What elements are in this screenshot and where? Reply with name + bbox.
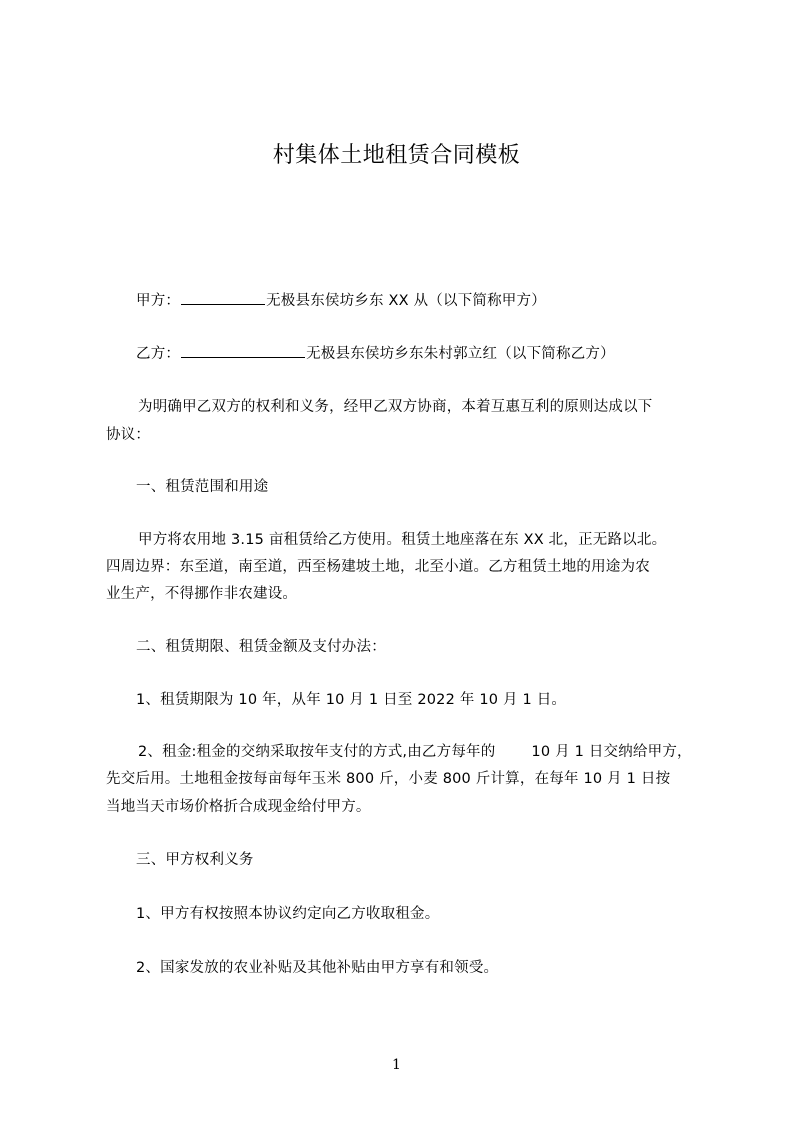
- section-2-heading: 二、租赁期限、租赁金额及支付办法：: [136, 637, 386, 657]
- section-1-heading: 一、租赁范围和用途: [136, 477, 268, 497]
- party-a-line: 甲方：无极县东侯坊乡东 XX 从（以下简称甲方）: [136, 290, 546, 311]
- section-2-item-2-line-1b: 10 月 1 日交纳给甲方，: [531, 744, 691, 760]
- document-page: 村集体土地租赁合同模板 甲方：无极县东侯坊乡东 XX 从（以下简称甲方） 乙方：…: [0, 0, 793, 1122]
- section-2-item-2-line-1: 2、租金:租金的交纳采取按年支付的方式,由乙方每年的10 月 1 日交纳给甲方，: [138, 742, 692, 762]
- party-a-blank: [181, 290, 265, 305]
- preamble-line-2: 协议：: [106, 425, 150, 445]
- section-2-item-2-line-3: 当地当天市场价格折合成现金给付甲方。: [106, 797, 371, 817]
- section-3-item-2: 2、国家发放的农业补贴及其他补贴由甲方享有和领受。: [136, 958, 498, 978]
- section-2-item-1: 1、租赁期限为 10 年，从年 10 月 1 日至 2022 年 10 月 1 …: [136, 690, 566, 710]
- party-a-text: 无极县东侯坊乡东 XX 从（以下简称甲方）: [266, 293, 546, 309]
- party-b-text: 无极县东侯坊乡东朱村郭立红（以下简称乙方）: [306, 346, 615, 362]
- document-title: 村集体土地租赁合同模板: [0, 141, 793, 171]
- preamble-line-1: 为明确甲乙双方的权利和义务，经甲乙双方协商，本着互惠互利的原则达成以下: [138, 397, 653, 417]
- party-a-label: 甲方：: [136, 293, 180, 309]
- section-1-line-1: 甲方将农用地 3.15 亩租赁给乙方使用。租赁土地座落在东 XX 北，正无路以北…: [138, 530, 666, 550]
- page-number: 1: [0, 1055, 793, 1075]
- section-3-heading: 三、甲方权利义务: [136, 850, 254, 870]
- party-b-label: 乙方：: [136, 346, 180, 362]
- section-2-item-2-line-2: 先交后用。土地租金按每亩每年玉米 800 斤，小麦 800 斤计算，在每年 10…: [106, 769, 670, 789]
- section-2-item-2-line-1a: 2、租金:租金的交纳采取按年支付的方式,由乙方每年的: [138, 744, 495, 760]
- party-b-blank: [181, 343, 305, 358]
- section-1-line-2: 四周边界：东至道，南至道，西至杨建坡土地，北至小道。乙方租赁土地的用途为农: [106, 557, 650, 577]
- section-1-line-3: 业生产，不得挪作非农建设。: [106, 584, 297, 604]
- party-b-line: 乙方：无极县东侯坊乡东朱村郭立红（以下简称乙方）: [136, 343, 615, 364]
- section-3-item-1: 1、甲方有权按照本协议约定向乙方收取租金。: [136, 904, 439, 924]
